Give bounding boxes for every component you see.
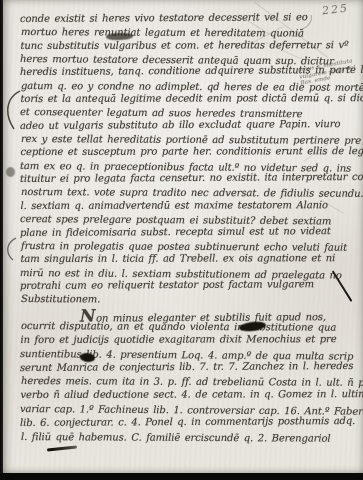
scan-edge-bottom xyxy=(0,473,363,480)
manuscript-line: tituitur ei pro legata facta censetur. n… xyxy=(20,172,355,187)
margin-flourish xyxy=(3,236,19,262)
manuscript-line: tunc substitutis vulgaribus et com. et h… xyxy=(20,40,355,54)
paragraph-2: Non minus eleganter et subtilis fuit apu… xyxy=(20,307,355,446)
manuscript-line: adeo ut vulgaris substituto ab illo excl… xyxy=(20,119,355,134)
manuscript-line: l. sextiam q. animadvertendū est maxime … xyxy=(20,200,355,214)
manuscript-line: verbo ñ aliud deductione sect. 4. de cet… xyxy=(20,389,355,404)
ink-smudge xyxy=(6,167,15,177)
scan-edge-left xyxy=(0,0,3,480)
manuscript-line: ceptione et susceptum pro parte her. con… xyxy=(20,147,355,161)
manuscript-line: serunt Manrica de conjecturis lib. 7. tr… xyxy=(20,361,355,377)
manuscript-line: lib. 6. conjecturar. c. 4. Ponel q. in c… xyxy=(20,416,355,432)
manuscript-page: 225 conde existit si heres vivo testator… xyxy=(3,0,363,473)
manuscript-line: tam singularis in l. ticia ff. ad Trebel… xyxy=(20,253,355,267)
manuscript-line: plane in fideicomisaria subst. recepta s… xyxy=(20,225,355,240)
paragraph-1: conde existit si heres vivo testatore de… xyxy=(20,14,355,308)
manuscript-line: toris et la antequā legitime decedit eni… xyxy=(20,93,355,107)
manuscript-line: protrahi cum eo reliquerit testator post… xyxy=(20,279,355,294)
corner-curl-mark xyxy=(299,12,319,32)
pen-dash xyxy=(47,445,77,451)
margin-flourish xyxy=(3,88,23,132)
manuscript-line: in foro et judicijs quotidie exagitaram … xyxy=(20,334,355,349)
manuscript-line: Non minus eleganter et subtilis fuit apu… xyxy=(20,305,355,321)
